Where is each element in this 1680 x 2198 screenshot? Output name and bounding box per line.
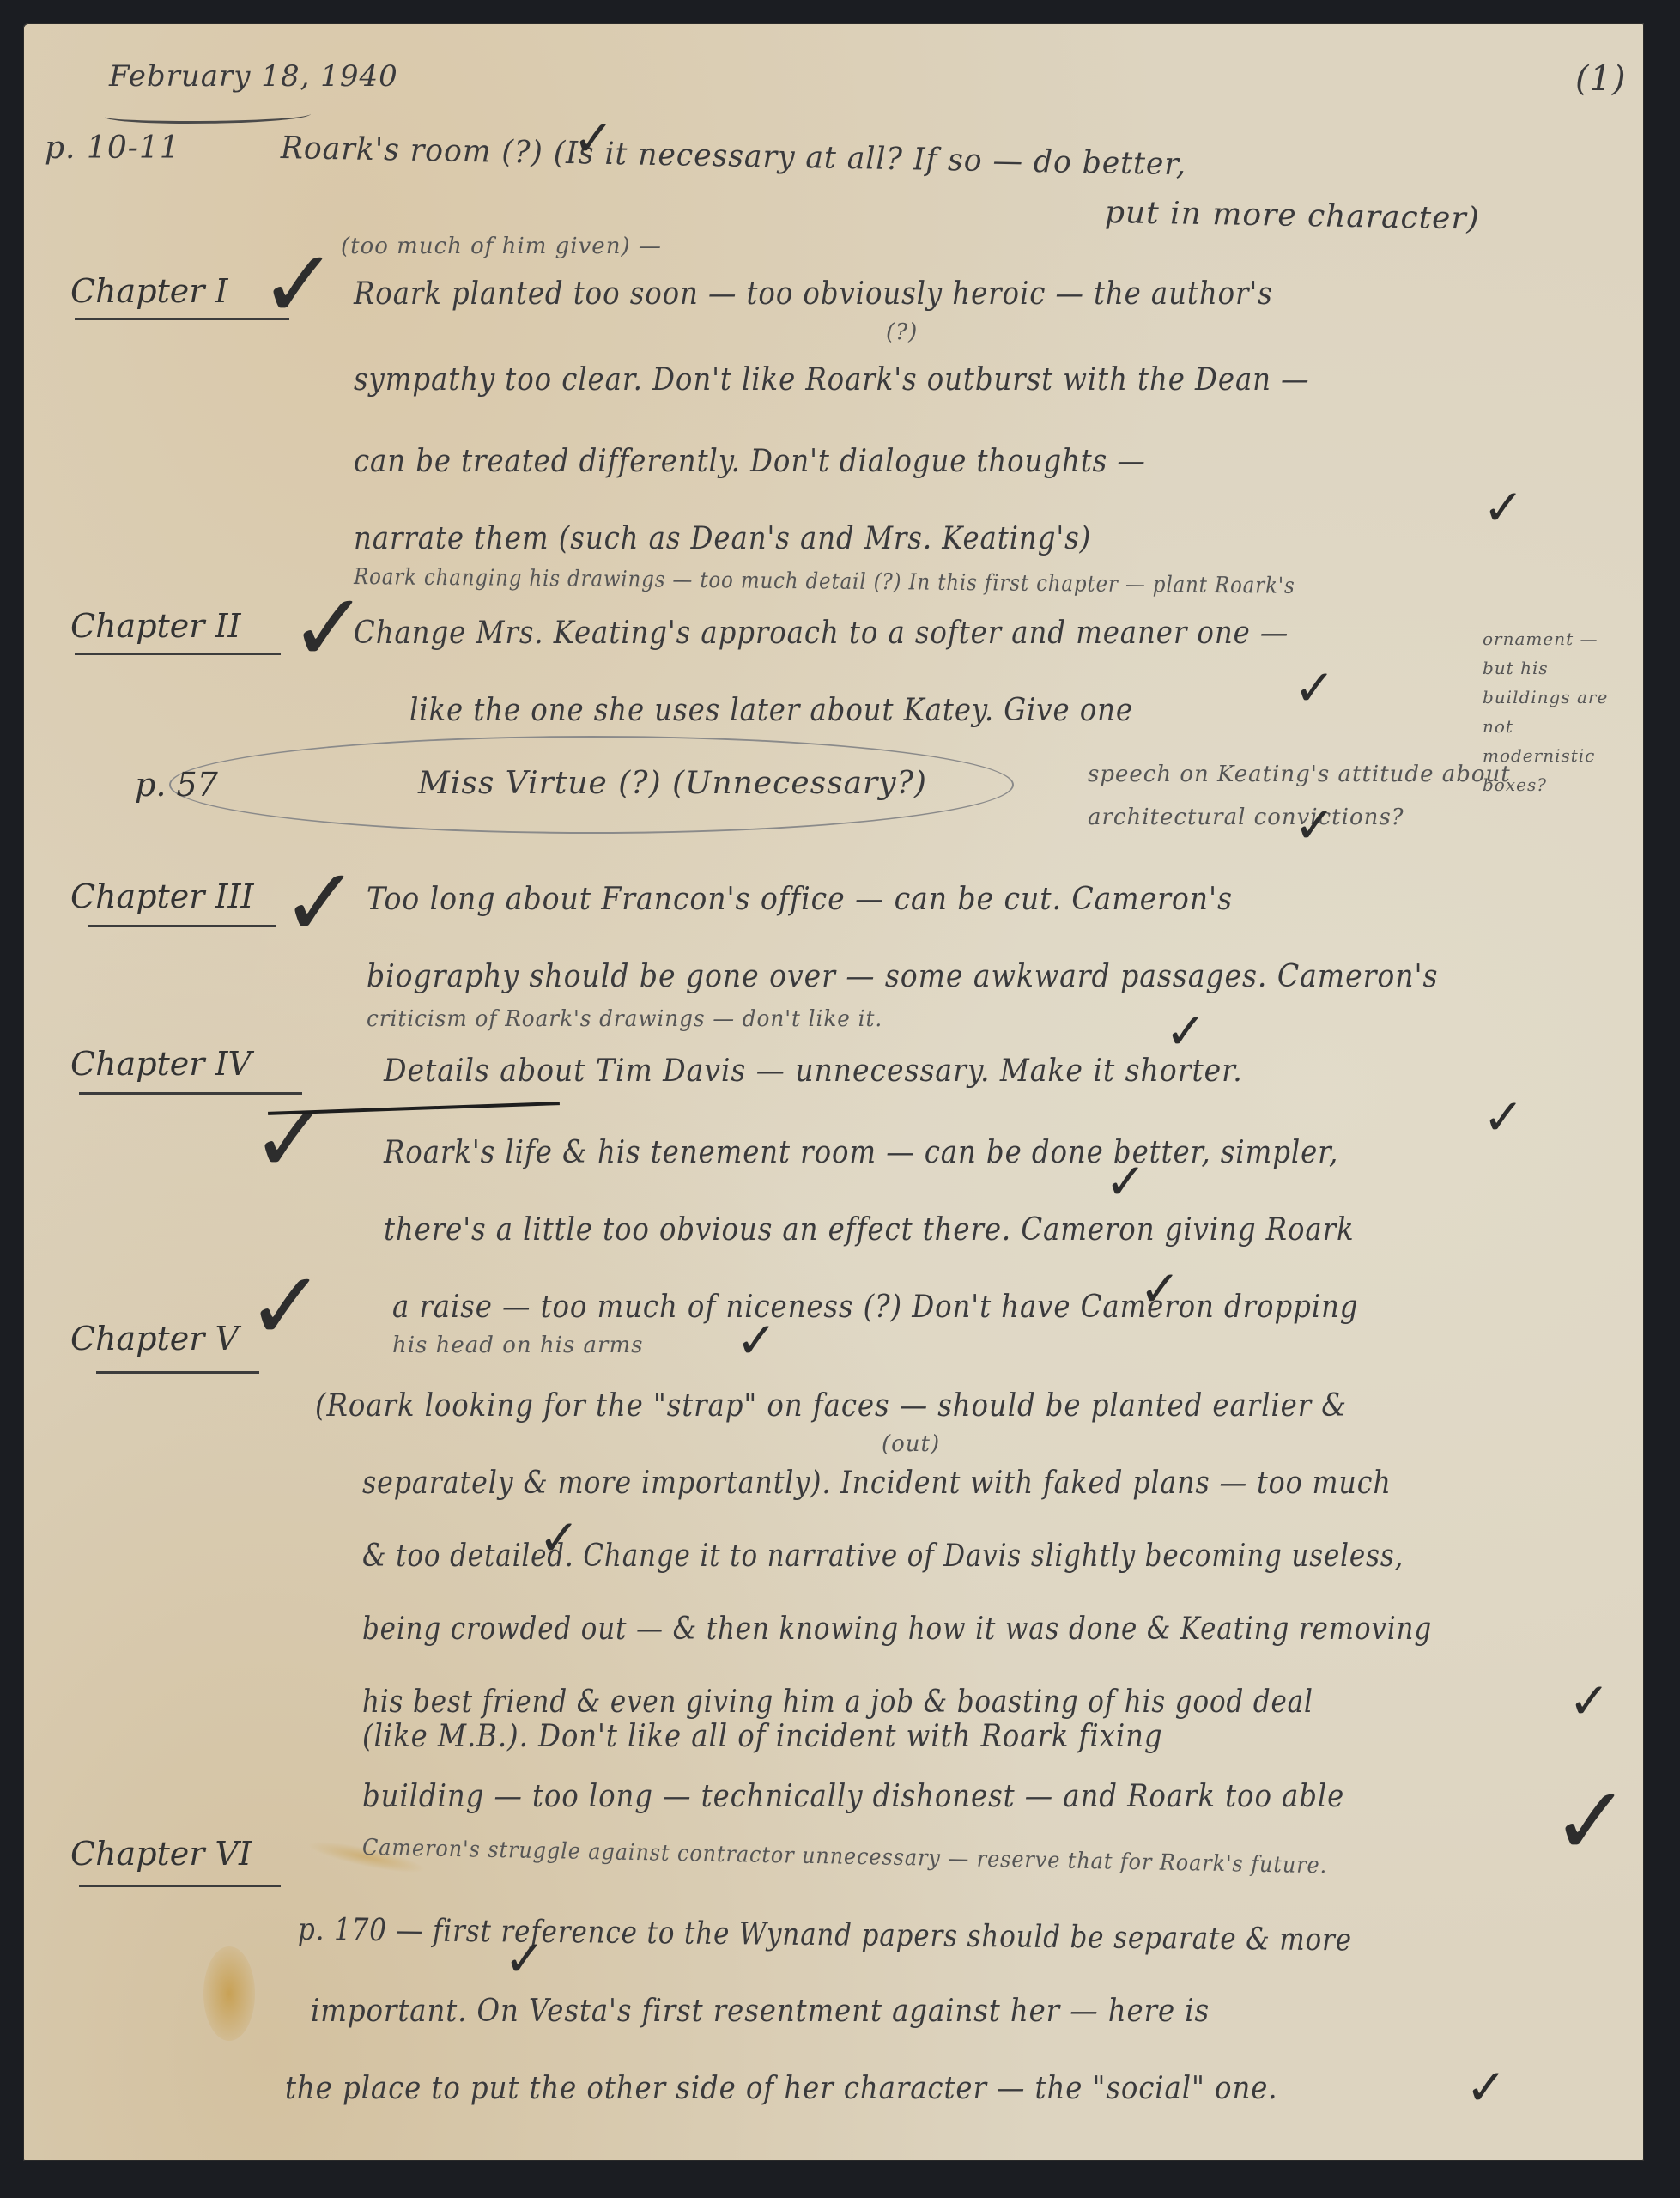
page-ref-label: p. 57 <box>135 766 218 804</box>
chapter-underline <box>96 1371 259 1374</box>
check-mark-icon: ✓ <box>1483 1088 1525 1146</box>
chapter-line: Roark planted too soon — too obviously h… <box>354 276 1273 312</box>
chapter-line: (like M.B.). Don't like all of incident … <box>362 1719 1162 1754</box>
chapter-line: like the one she uses later about Katey.… <box>409 693 1133 728</box>
chapter-line: sympathy too clear. Don't like Roark's o… <box>354 362 1309 398</box>
chapter-line: criticism of Roark's drawings — don't li… <box>367 1006 882 1032</box>
check-mark-icon: ✓ <box>259 229 338 339</box>
chapter-underline <box>88 925 276 927</box>
chapter-line: Roark changing his drawings — too much d… <box>354 564 1295 599</box>
check-mark-icon: ✓ <box>1568 1672 1610 1730</box>
chapter-line: narrate them (such as Dean's and Mrs. Ke… <box>354 521 1091 556</box>
chapter-label: Chapter I <box>70 272 228 310</box>
check-mark-icon: ✓ <box>1551 1766 1630 1876</box>
chapter-line: his head on his arms <box>392 1333 643 1358</box>
document-date: February 18, 1940 <box>109 59 398 94</box>
chapter-underline <box>79 1885 281 1887</box>
question-mark: (?) <box>886 319 918 345</box>
date-underline <box>105 107 311 124</box>
page-number: (1) <box>1575 59 1627 99</box>
chapter-line: his best friend & even giving him a job … <box>362 1685 1313 1720</box>
check-mark-icon: ✓ <box>251 1084 330 1193</box>
chapter-line: Roark's life & his tenement room — can b… <box>384 1135 1338 1170</box>
check-mark-icon: ✓ <box>1294 796 1336 854</box>
chapter-underline <box>75 318 289 320</box>
chapter-underline <box>75 653 281 655</box>
check-mark-icon: ✓ <box>1465 2058 1507 2116</box>
chapter-line: (Roark looking for the "strap" on faces … <box>315 1388 1347 1424</box>
header-ref: p. 10-11 <box>45 131 180 166</box>
chapter-line: important. On Vesta's first resentment a… <box>311 1994 1210 2029</box>
check-mark-icon: ✓ <box>1165 1002 1207 1060</box>
check-mark-icon: ✓ <box>736 1311 778 1369</box>
chapter-line: Change Mrs. Keating's approach to a soft… <box>354 616 1289 651</box>
chapter-line: Miss Virtue (?) (Unnecessary?) <box>418 766 927 801</box>
chapter-line: & too detailed. Change it to narrative o… <box>362 1539 1404 1574</box>
check-mark-icon: ✓ <box>504 1929 546 1988</box>
check-mark-icon: ✓ <box>573 109 615 167</box>
check-mark-icon: ✓ <box>1294 659 1336 717</box>
chapter-line: Cameron's struggle against contractor un… <box>362 1835 1328 1879</box>
check-mark-icon: ✓ <box>246 1251 325 1361</box>
chapter-label: Chapter IV <box>70 1045 252 1083</box>
chapter-line: Details about Tim Davis — unnecessary. M… <box>384 1053 1243 1089</box>
chapter-line: p. 170 — first reference to the Wynand p… <box>298 1912 1352 1958</box>
paper-stain <box>203 1946 255 2041</box>
check-mark-icon: ✓ <box>1105 1152 1147 1211</box>
insertion-note: (too much of him given) — <box>341 234 662 259</box>
check-mark-icon: ✓ <box>1483 478 1525 537</box>
chapter-label: Chapter III <box>70 877 254 915</box>
manuscript-page: February 18, 1940 (1) p. 10-11 Roark's r… <box>23 23 1644 2161</box>
chapter-line: can be treated differently. Don't dialog… <box>354 444 1146 479</box>
chapter-label: Chapter II <box>70 607 241 645</box>
chapter-line: a raise — too much of niceness (?) Don't… <box>392 1290 1358 1325</box>
chapter-line: being crowded out — & then knowing how i… <box>362 1612 1432 1647</box>
aside-note: speech on Keating's attitude about archi… <box>1088 753 1586 839</box>
check-mark-icon: ✓ <box>281 847 360 957</box>
chapter-line: Too long about Francon's office — can be… <box>367 882 1233 917</box>
check-mark-icon: ✓ <box>1139 1260 1181 1318</box>
chapter-line: biography should be gone over — some awk… <box>367 959 1438 994</box>
chapter-line: there's a little too obvious an effect t… <box>384 1212 1354 1248</box>
chapter-label: Chapter V <box>70 1320 239 1357</box>
insertion-note: (out) <box>882 1431 940 1457</box>
header-continuation: put in more character) <box>1105 195 1480 237</box>
chapter-label: Chapter VI <box>70 1835 252 1873</box>
check-mark-icon: ✓ <box>538 1509 580 1567</box>
chapter-line: building — too long — technically dishon… <box>362 1779 1344 1814</box>
chapter-line: separately & more importantly). Incident… <box>362 1466 1392 1501</box>
header-text: Roark's room (?) (Is it necessary at all… <box>281 131 1187 182</box>
chapter-line: the place to put the other side of her c… <box>285 2071 1278 2106</box>
